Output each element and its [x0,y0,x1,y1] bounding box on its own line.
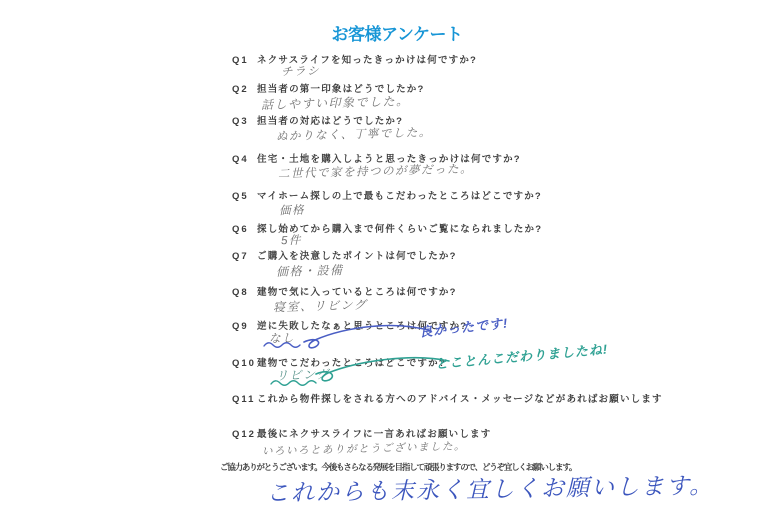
question-label: Q4 [232,154,257,165]
handwritten-answer-q8: 寝室、リビング [273,296,368,315]
question-label: Q9 [232,321,257,332]
question-row-q5: Q5マイホーム探しの上で最もこだわったところはどこですか? [232,188,542,202]
handwritten-answer-q3: ぬかりなく、丁寧でした。 [276,124,432,144]
question-label: Q8 [232,287,257,298]
survey-scan-page: お客様アンケート Q1ネクサスライフを知ったきっかけは何ですか? Q2担当者の第… [0,0,780,510]
handwritten-answer-q10: リビング [276,365,330,383]
question-row-q10: Q10建物でこだわったところはどこですか? [232,355,446,369]
question-label: Q2 [232,84,257,95]
handwritten-answer-q2: 話しやすい印象でした。 [261,92,410,113]
question-label: Q6 [232,224,257,235]
question-row-q11: Q11これから物件探しをされる方へのアドバイス・メッセージなどがあればお願いしま… [232,391,663,405]
question-label: Q10 [232,358,257,369]
handwritten-answer-q6: 5件 [281,232,302,249]
question-row-q7: Q7ご購入を決意したポイントは何でしたか? [232,248,457,262]
handwritten-answer-q5: 価格 [279,202,305,219]
question-text: ご購入を決意したポイントは何でしたか? [257,248,457,262]
handwritten-answer-q7: 価格・設備 [276,261,344,280]
question-label: Q5 [232,191,257,202]
question-label: Q7 [232,251,257,262]
question-row-q1: Q1ネクサスライフを知ったきっかけは何ですか? [232,52,477,66]
question-text: マイホーム探しの上で最もこだわったところはどこですか? [257,188,542,202]
question-label: Q12 [232,429,257,440]
question-row-q6: Q6探し始めてから購入まで何件くらいご覧になられましたか? [232,221,542,235]
question-label: Q3 [232,116,257,127]
question-label: Q11 [232,394,257,405]
survey-title: お客様アンケート [0,20,780,45]
reviewer-comment-q10: とことんこだわりましたね! [435,338,609,372]
footer-handwritten-message: これからも末永く宜しくお願いします。 [266,467,715,508]
handwritten-answer-q12: いろいろとありがとうございました。 [262,438,466,458]
handwritten-answer-q1: チラシ [281,62,320,79]
question-label: Q1 [232,55,257,66]
handwritten-answer-q9: なし [269,330,295,347]
reviewer-comment-q9: 良かったです! [418,312,509,340]
question-text: これから物件探しをされる方へのアドバイス・メッセージなどがあればお願いします [257,391,663,405]
